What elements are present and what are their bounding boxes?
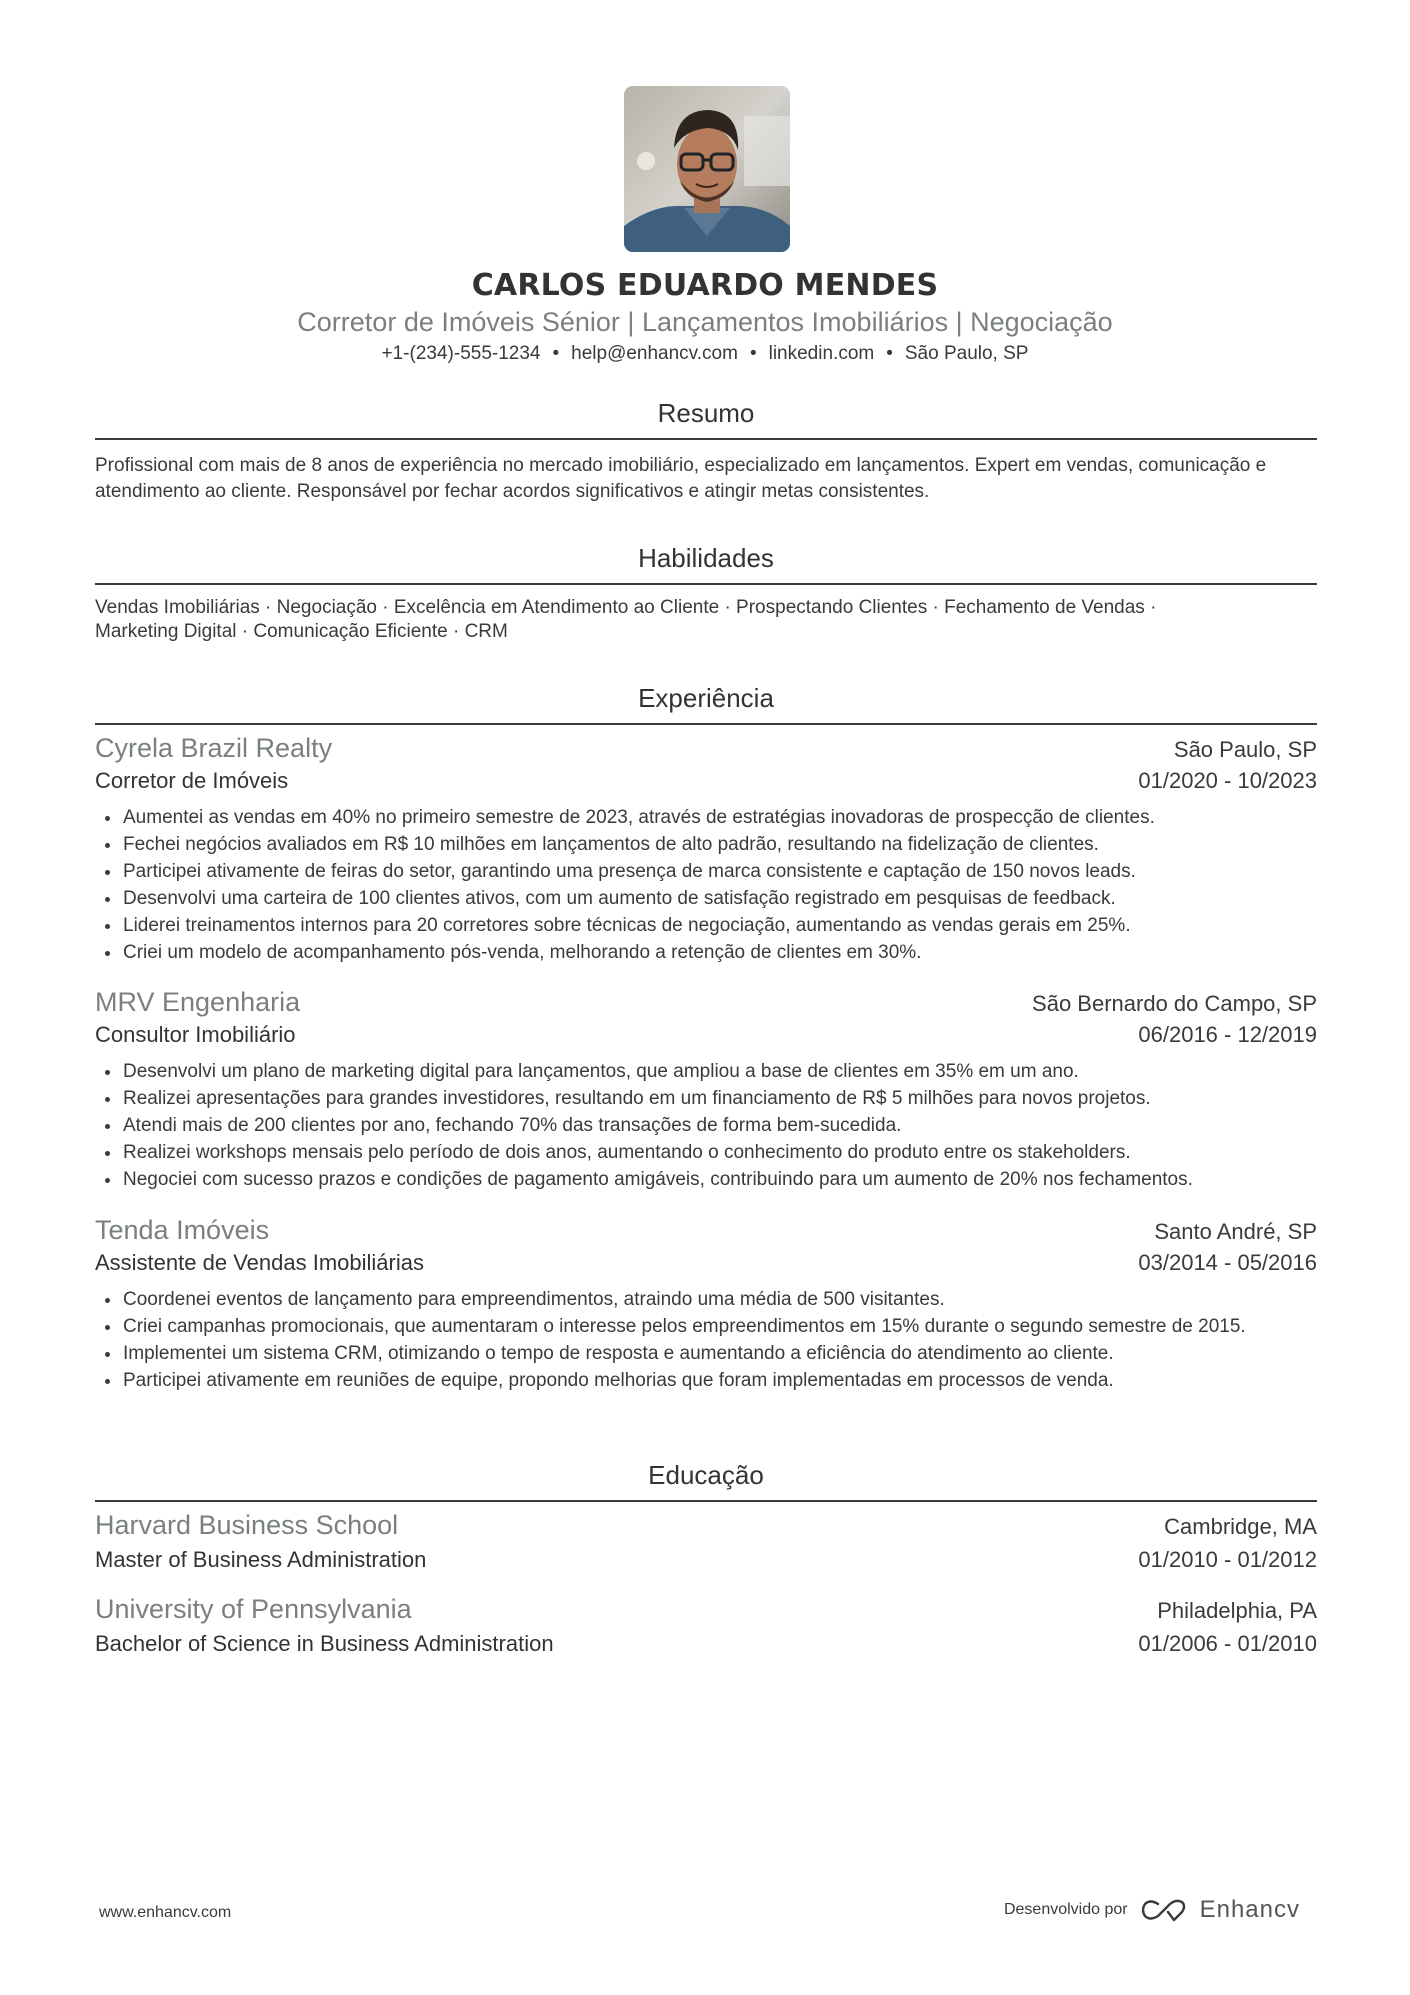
skills-list: Vendas Imobiliárias · Negociação · Excel… (95, 596, 1317, 644)
skills-line: Vendas Imobiliárias · Negociação · Excel… (95, 596, 1317, 620)
achievement-item: Realizei workshops mensais pelo período … (95, 1139, 1317, 1166)
achievement-item: Participei ativamente de feiras do setor… (95, 858, 1317, 885)
job-entry: Cyrela Brazil Realty São Paulo, SP Corre… (95, 733, 1317, 966)
company-name: MRV Engenharia (95, 987, 300, 1018)
footer-branding: Desenvolvido por Enhancv (1004, 1896, 1300, 1924)
achievement-item: Realizei apresentações para grandes inve… (95, 1085, 1317, 1112)
degree-name: Bachelor of Science in Business Administ… (95, 1631, 554, 1657)
achievement-item: Desenvolvi um plano de marketing digital… (95, 1058, 1317, 1085)
section-title-skills: Habilidades (95, 543, 1317, 574)
section-divider (95, 723, 1317, 725)
achievement-item: Implementei um sistema CRM, otimizando o… (95, 1340, 1317, 1367)
contact-info: +1-(234)-555-1234•help@enhancv.com•linke… (0, 343, 1410, 365)
achievement-item: Aumentei as vendas em 40% no primeiro se… (95, 804, 1317, 831)
separator-dot: • (552, 343, 559, 365)
job-title: Corretor de Imóveis (95, 768, 288, 794)
job-achievements: Desenvolvi um plano de marketing digital… (95, 1058, 1317, 1193)
job-dates: 01/2020 - 10/2023 (1138, 768, 1317, 794)
candidate-name: CARLOS EDUARDO MENDES (0, 268, 1410, 303)
job-location: São Bernardo do Campo, SP (1032, 991, 1317, 1017)
education-entry: University of Pennsylvania Philadelphia,… (95, 1594, 1317, 1657)
job-dates: 06/2016 - 12/2019 (1138, 1022, 1317, 1048)
linkedin-link[interactable]: linkedin.com (769, 343, 875, 364)
brand-name[interactable]: Enhancv (1200, 1896, 1300, 1924)
job-title: Assistente de Vendas Imobiliárias (95, 1250, 424, 1276)
achievement-item: Criei um modelo de acompanhamento pós-ve… (95, 939, 1317, 966)
location-text: São Paulo, SP (905, 343, 1029, 364)
achievement-item: Fechei negócios avaliados em R$ 10 milhõ… (95, 831, 1317, 858)
summary-text: Profissional com mais de 8 anos de exper… (95, 453, 1317, 505)
job-entry: MRV Engenharia São Bernardo do Campo, SP… (95, 987, 1317, 1193)
achievement-item: Liderei treinamentos internos para 20 co… (95, 912, 1317, 939)
company-name: Cyrela Brazil Realty (95, 733, 332, 764)
achievement-item: Desenvolvi uma carteira de 100 clientes … (95, 885, 1317, 912)
degree-name: Master of Business Administration (95, 1547, 426, 1573)
job-entry: Tenda Imóveis Santo André, SP Assistente… (95, 1215, 1317, 1394)
section-title-experience: Experiência (95, 683, 1317, 714)
separator-dot: • (886, 343, 893, 365)
section-title-education: Educação (95, 1460, 1317, 1491)
resume-page: CARLOS EDUARDO MENDES Corretor de Imóvei… (0, 0, 1410, 1995)
education-entry: Harvard Business School Cambridge, MA Ma… (95, 1510, 1317, 1573)
skills-line: Marketing Digital · Comunicação Eficient… (95, 620, 1317, 644)
achievement-item: Coordenei eventos de lançamento para emp… (95, 1286, 1317, 1313)
section-title-summary: Resumo (95, 398, 1317, 429)
section-divider (95, 438, 1317, 440)
phone-number[interactable]: +1-(234)-555-1234 (382, 343, 541, 364)
candidate-headline: Corretor de Imóveis Sénior | Lançamentos… (0, 307, 1410, 338)
job-location: Santo André, SP (1154, 1219, 1317, 1245)
person-portrait-icon (624, 86, 790, 252)
school-name: Harvard Business School (95, 1510, 398, 1541)
job-dates: 03/2014 - 05/2016 (1138, 1250, 1317, 1276)
job-achievements: Coordenei eventos de lançamento para emp… (95, 1286, 1317, 1394)
achievement-item: Criei campanhas promocionais, que aument… (95, 1313, 1317, 1340)
enhancv-logo-icon (1140, 1897, 1188, 1923)
powered-by-label: Desenvolvido por (1004, 1901, 1128, 1919)
email-link[interactable]: help@enhancv.com (571, 343, 738, 364)
profile-photo (624, 86, 790, 252)
school-location: Cambridge, MA (1164, 1514, 1317, 1540)
education-dates: 01/2006 - 01/2010 (1138, 1631, 1317, 1657)
school-location: Philadelphia, PA (1157, 1598, 1317, 1624)
section-divider (95, 583, 1317, 585)
achievement-item: Negociei com sucesso prazos e condições … (95, 1166, 1317, 1193)
footer-website-link[interactable]: www.enhancv.com (99, 1904, 231, 1922)
education-dates: 01/2010 - 01/2012 (1138, 1547, 1317, 1573)
company-name: Tenda Imóveis (95, 1215, 269, 1246)
job-achievements: Aumentei as vendas em 40% no primeiro se… (95, 804, 1317, 966)
section-divider (95, 1500, 1317, 1502)
job-title: Consultor Imobiliário (95, 1022, 296, 1048)
job-location: São Paulo, SP (1174, 737, 1317, 763)
achievement-item: Atendi mais de 200 clientes por ano, fec… (95, 1112, 1317, 1139)
separator-dot: • (750, 343, 757, 365)
school-name: University of Pennsylvania (95, 1594, 412, 1625)
achievement-item: Participei ativamente em reuniões de equ… (95, 1367, 1317, 1394)
